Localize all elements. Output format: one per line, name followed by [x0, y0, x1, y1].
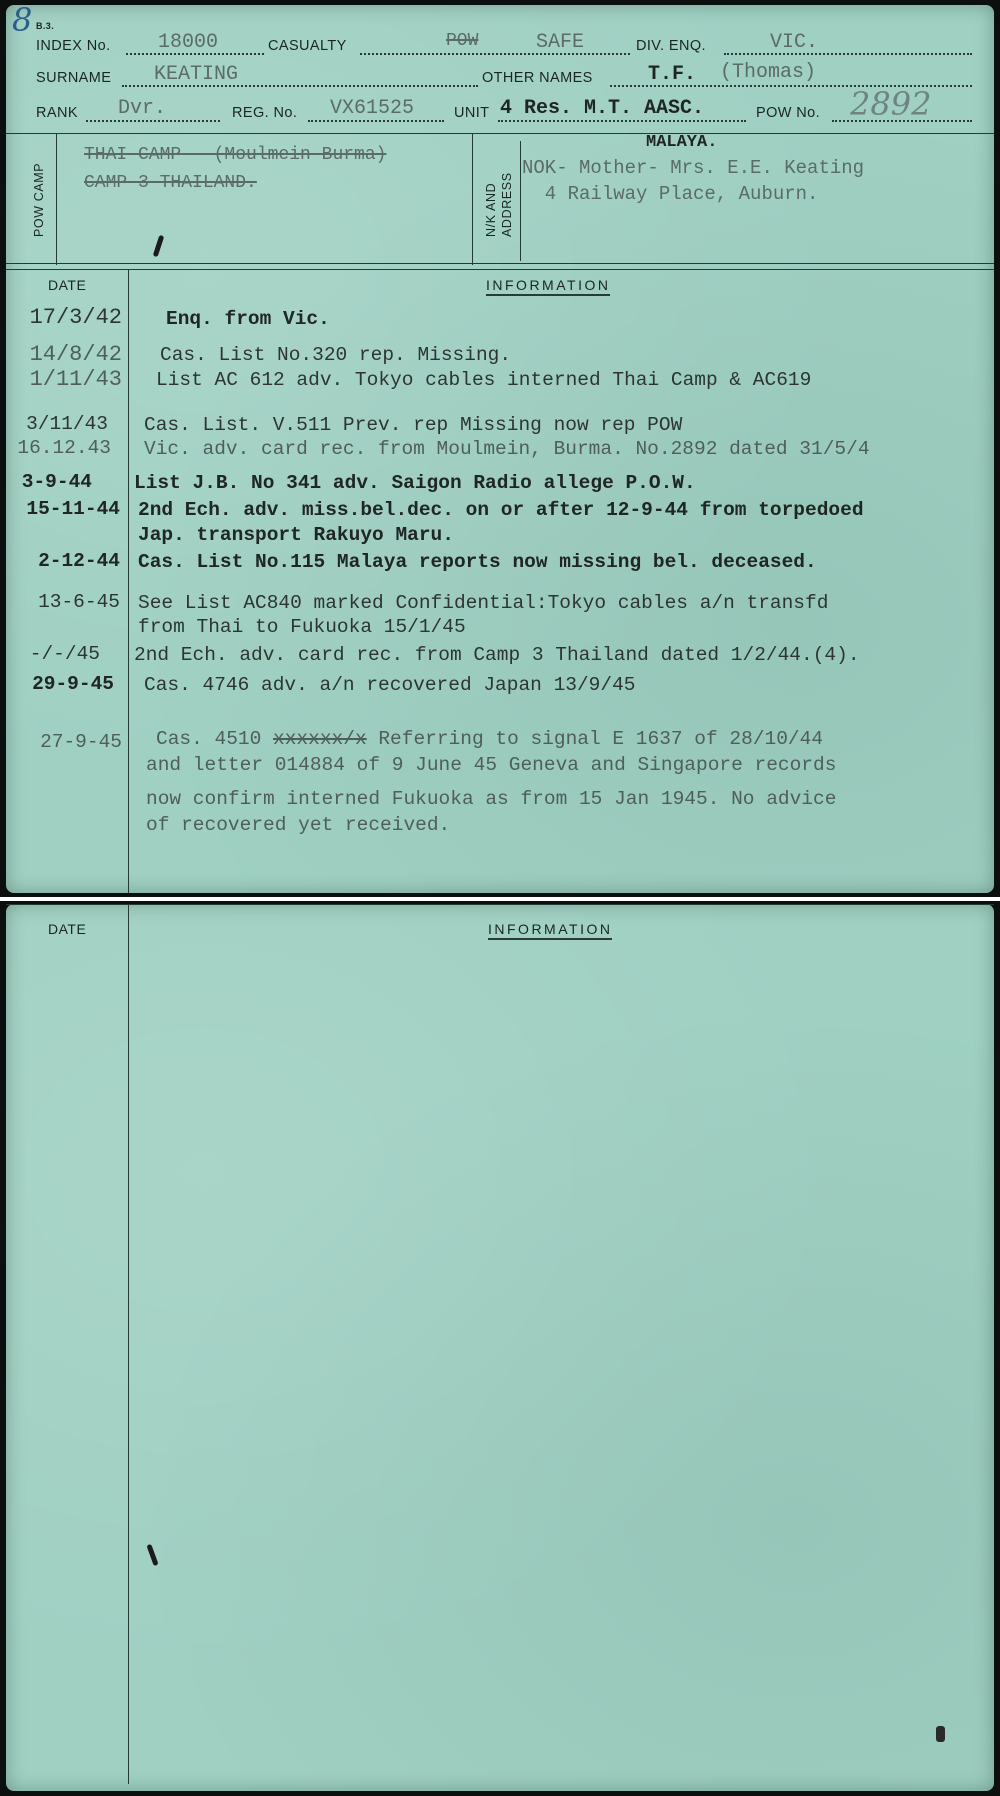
entry-text: See List AC840 marked Confidential:Tokyo… — [138, 591, 828, 616]
entry-date: 14/8/42 — [30, 342, 122, 367]
information-header: INFORMATION — [486, 277, 610, 296]
casualty-line — [360, 53, 630, 55]
date-header: DATE — [48, 277, 86, 293]
date-column-divider — [128, 269, 129, 893]
entry-date: 27-9-45 — [40, 731, 122, 753]
nok-line-2: 4 Railway Place, Auburn. — [522, 183, 818, 205]
camp-nok-divider — [472, 133, 473, 265]
pow-no-value: 2892 — [850, 85, 931, 123]
date-header: DATE — [48, 921, 86, 937]
entry-date: 29-9-45 — [32, 673, 114, 695]
pow-camp-label-divider — [56, 133, 57, 265]
entry-date: 1/11/43 — [30, 367, 122, 392]
entry-text: 2nd Ech. adv. card rec. from Camp 3 Thai… — [134, 643, 860, 668]
entry-text: 2nd Ech. adv. miss.bel.dec. on or after … — [138, 498, 864, 523]
rank-label: RANK — [36, 105, 78, 121]
entry-date: 3-9-44 — [22, 471, 92, 493]
reg-no-label: REG. No. — [232, 105, 297, 121]
index-no-value: 18000 — [158, 31, 218, 54]
entry-text: Cas. List No.320 rep. Missing. — [160, 343, 511, 368]
entry-text: List J.B. No 341 adv. Saigon Radio alleg… — [134, 471, 696, 496]
record-card-front: 8 B.3. INDEX No. 18000 CASUALTY POW SAFE… — [6, 5, 994, 893]
entry-text: of recovered yet received. — [146, 813, 450, 838]
table-divider-top — [6, 263, 994, 264]
entry-date: 2-12-44 — [38, 550, 120, 572]
reg-no-line — [308, 120, 444, 122]
other-names-value: T.F. — [648, 63, 696, 86]
reg-no-value: VX61525 — [330, 97, 414, 120]
entry-text: Jap. transport Rakuyo Maru. — [138, 523, 454, 548]
entry-text: now confirm interned Fukuoka as from 15 … — [146, 787, 836, 812]
entry-text: Cas. 4746 adv. a/n recovered Japan 13/9/… — [144, 673, 635, 698]
entry-date: 3/11/43 — [26, 413, 108, 435]
entry-text: Cas. List No.115 Malaya reports now miss… — [138, 550, 817, 575]
entry-date: 16.12.43 — [17, 437, 111, 459]
casualty-value: SAFE — [536, 31, 584, 54]
rank-line — [86, 120, 220, 122]
card-separator — [0, 897, 1000, 901]
casualty-struck-value: POW — [446, 31, 478, 51]
nk-address-label-2: ADDRESS — [500, 172, 514, 237]
pow-camp-label: POW CAMP — [32, 163, 46, 237]
entry-date: 15-11-44 — [26, 498, 120, 520]
unit-line — [498, 120, 746, 122]
nok-heading: MALAYA. — [646, 133, 717, 152]
pow-camp-line-1: THAI CAMP - (Moulmein Burma) — [84, 145, 386, 165]
surname-label: SURNAME — [36, 70, 111, 86]
div-enq-value: VIC. — [770, 31, 818, 54]
ink-mark — [146, 1544, 158, 1566]
information-header: INFORMATION — [488, 921, 612, 940]
entry-text-clip: Vic. adv. card rec. from Moulmein, Burma… — [144, 437, 1000, 465]
other-names-label: OTHER NAMES — [482, 70, 593, 86]
div-enq-label: DIV. ENQ. — [636, 38, 706, 54]
entry-text: Cas. List. V.511 Prev. rep Missing now r… — [144, 413, 682, 438]
entry-text: Vic. adv. card rec. from Moulmein, Burma… — [144, 437, 870, 462]
index-no-label: INDEX No. — [36, 38, 111, 54]
ink-tick-mark — [153, 235, 165, 257]
casualty-label: CASUALTY — [268, 38, 347, 54]
struck-text: xxxxxx/x — [273, 728, 367, 750]
rank-value: Dvr. — [118, 97, 166, 120]
nk-address-label-1: N/K AND — [484, 183, 498, 237]
other-names-added: (Thomas) — [720, 61, 816, 84]
div-enq-line — [724, 53, 972, 55]
entry-text: Enq. from Vic. — [166, 307, 330, 332]
date-column-divider — [128, 904, 129, 1784]
header-divider — [6, 133, 994, 134]
pow-no-label: POW No. — [756, 105, 820, 121]
entry-text: Cas. 4510 xxxxxx/x Referring to signal E… — [156, 727, 823, 752]
form-code: B.3. — [36, 21, 54, 31]
ink-smudge — [936, 1726, 945, 1742]
unit-label: UNIT — [454, 105, 489, 121]
nok-line-1: NOK- Mother- Mrs. E.E. Keating — [522, 157, 864, 179]
entry-date: 17/3/42 — [30, 305, 122, 330]
pow-camp-line-2: CAMP-3-THAILAND. — [84, 173, 257, 193]
entry-date: -/-/45 — [30, 643, 100, 665]
entry-text: and letter 014884 of 9 June 45 Geneva an… — [146, 753, 836, 778]
entry-text: from Thai to Fukuoka 15/1/45 — [138, 615, 466, 640]
top-edge-rule — [6, 904, 994, 905]
entry-text: List AC 612 adv. Tokyo cables interned T… — [156, 368, 811, 393]
surname-value: KEATING — [154, 63, 238, 86]
table-divider-bottom — [6, 269, 994, 270]
handwritten-corner-mark: 8 — [12, 1, 32, 39]
nok-label-divider — [520, 141, 521, 261]
entry-date: 13-6-45 — [38, 591, 120, 613]
record-card-back: DATE INFORMATION — [6, 904, 994, 1791]
unit-value: 4 Res. M.T. AASC. — [500, 97, 704, 120]
